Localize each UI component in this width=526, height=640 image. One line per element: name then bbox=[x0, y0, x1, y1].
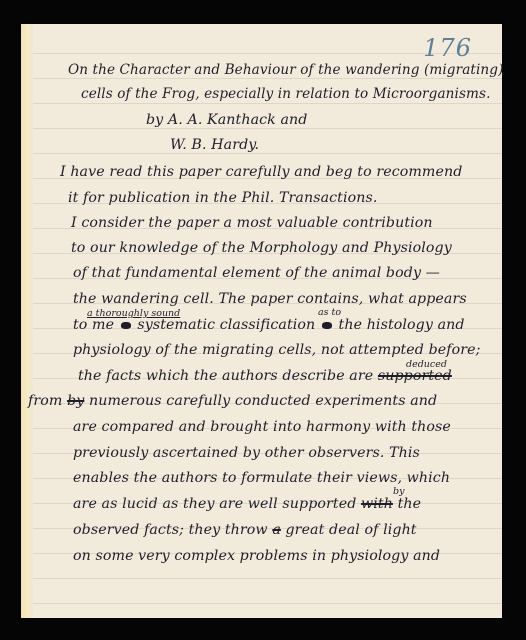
body-line: on some very complex problems in physiol… bbox=[73, 548, 440, 564]
text-fragment: are as lucid as they are well supported bbox=[73, 496, 356, 512]
binding-strip bbox=[21, 24, 33, 618]
body-line: are compared and brought into harmony wi… bbox=[73, 419, 451, 435]
struck-a-2: a bbox=[272, 522, 281, 538]
text-fragment: great deal of light bbox=[286, 522, 417, 538]
page-number: 176 bbox=[423, 34, 472, 62]
body-line: physiology of the migrating cells, not a… bbox=[73, 342, 481, 358]
body-line-7: to me systematic classification the hist… bbox=[73, 317, 465, 333]
text-fragment: systematic classification bbox=[137, 317, 315, 333]
struck-of bbox=[322, 322, 332, 329]
body-line: I consider the paper a most valuable con… bbox=[71, 215, 433, 231]
text-fragment: observed facts; they throw bbox=[73, 522, 268, 538]
body-line-11: the facts which the authors describe are… bbox=[78, 368, 452, 384]
body-line: enables the authors to formulate their v… bbox=[73, 470, 450, 486]
text-fragment: from bbox=[28, 393, 62, 409]
body-line: the wandering cell. The paper contains, … bbox=[73, 291, 467, 307]
body-line: it for publication in the Phil. Transact… bbox=[68, 190, 377, 206]
body-line-17: are as lucid as they are well supported … bbox=[73, 496, 421, 512]
text-fragment: the histology and bbox=[339, 317, 465, 333]
title-line-3: by A. A. Kanthack and bbox=[146, 112, 307, 128]
body-line: I have read this paper carefully and beg… bbox=[60, 164, 462, 180]
text-fragment: numerous carefully conducted experiments… bbox=[89, 393, 437, 409]
manuscript-page: 176 On the Character and Behaviour of th… bbox=[21, 24, 502, 618]
struck-with: with bbox=[361, 496, 393, 512]
title-line-1: On the Character and Behaviour of the wa… bbox=[68, 62, 503, 78]
body-line: previously ascertained by other observer… bbox=[73, 445, 420, 461]
struck-by: by bbox=[67, 393, 84, 409]
body-line-18: observed facts; they throw a great deal … bbox=[73, 522, 417, 538]
struck-supported: supported bbox=[378, 368, 452, 384]
body-line: of that fundamental element of the anima… bbox=[73, 265, 440, 281]
body-line: to our knowledge of the Morphology and P… bbox=[71, 240, 452, 256]
text-fragment: the bbox=[398, 496, 422, 512]
struck-a bbox=[121, 322, 131, 329]
title-line-4: W. B. Hardy. bbox=[170, 137, 259, 153]
body-line-12: from by numerous carefully conducted exp… bbox=[28, 393, 437, 409]
text-fragment: the facts which the authors describe are bbox=[78, 368, 373, 384]
text-fragment: to me bbox=[73, 317, 114, 333]
title-line-2: cells of the Frog, especially in relatio… bbox=[81, 86, 491, 102]
